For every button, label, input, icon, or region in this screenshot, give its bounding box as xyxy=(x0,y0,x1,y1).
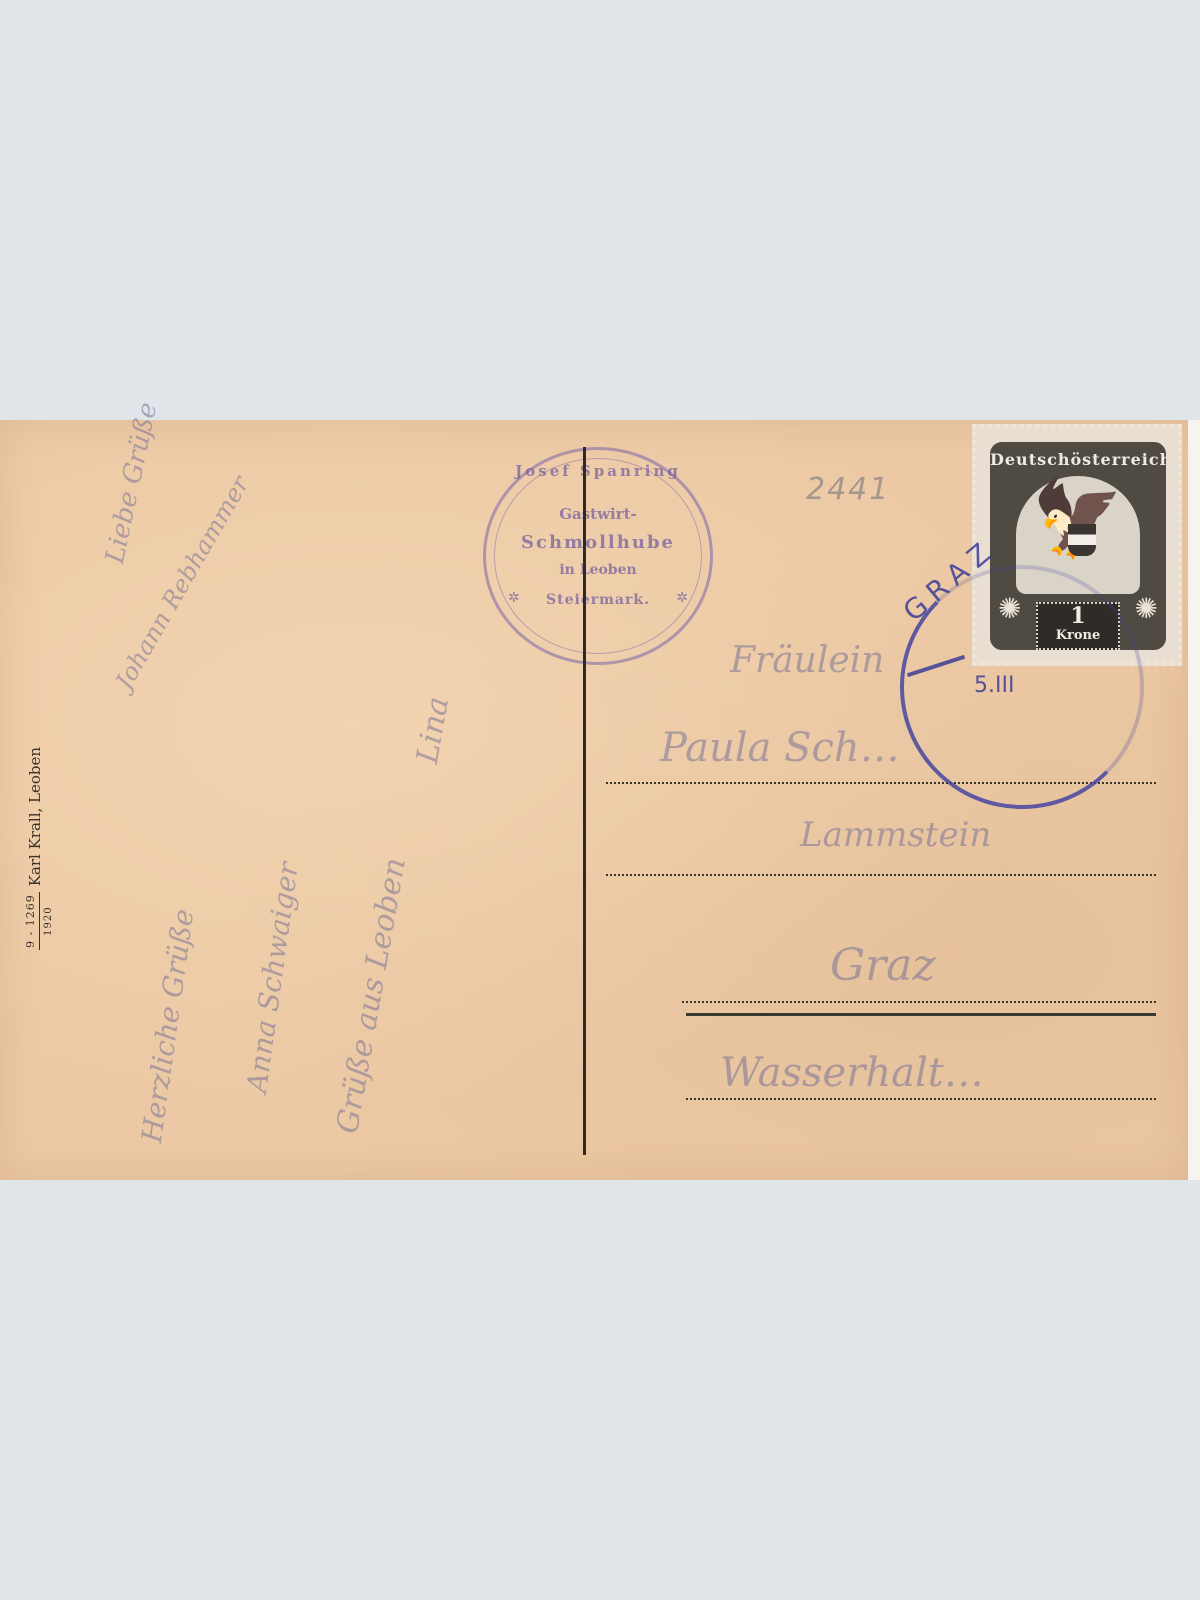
address-street: Wasserhalt… xyxy=(720,1050,984,1096)
address-name: Paula Sch… xyxy=(660,725,900,771)
postmark-bar xyxy=(907,655,965,677)
postmark-date: 5.III xyxy=(974,673,1014,698)
pencil-catalog-number: 2441 xyxy=(806,472,890,507)
postmark-cancellation: GRAZ 5.III xyxy=(900,565,1144,809)
stamp-country: Deutschösterreich xyxy=(990,450,1166,469)
cachet-line1: Gastwirt- xyxy=(486,505,710,523)
flower-ornament-icon: ✺ xyxy=(1135,592,1158,625)
address-line2: Lammstein xyxy=(800,815,991,855)
address-city: Graz xyxy=(830,940,936,991)
print-code: 9 - 1269 1920 xyxy=(24,892,54,950)
shield-icon xyxy=(1068,524,1096,556)
publisher-imprint: 9 - 1269 1920 Karl Krall, Leoben xyxy=(24,747,54,950)
cachet-line2: Schmollhube xyxy=(486,532,710,553)
center-divider xyxy=(583,447,586,1155)
print-number: 9 - 1269 xyxy=(24,892,40,950)
cachet-line4: Steiermark. xyxy=(486,592,710,608)
address-line-4 xyxy=(686,1098,1156,1100)
print-year: 1920 xyxy=(40,906,54,935)
card-edge xyxy=(1188,420,1200,1180)
address-line-3 xyxy=(682,1001,1156,1003)
address-salutation: Fräulein xyxy=(730,640,884,681)
publisher-name: Karl Krall, Leoben xyxy=(26,747,54,886)
business-cachet-stamp: Josef Spanring Gastwirt- Schmollhube in … xyxy=(483,447,713,665)
city-underline xyxy=(686,1013,1156,1016)
star-icon: ✲ xyxy=(508,590,520,606)
address-line-2 xyxy=(606,874,1156,876)
star-icon: ✲ xyxy=(676,590,688,606)
cachet-line3: in Leoben xyxy=(486,562,710,578)
cachet-top-arc: Josef Spanring xyxy=(486,462,710,480)
